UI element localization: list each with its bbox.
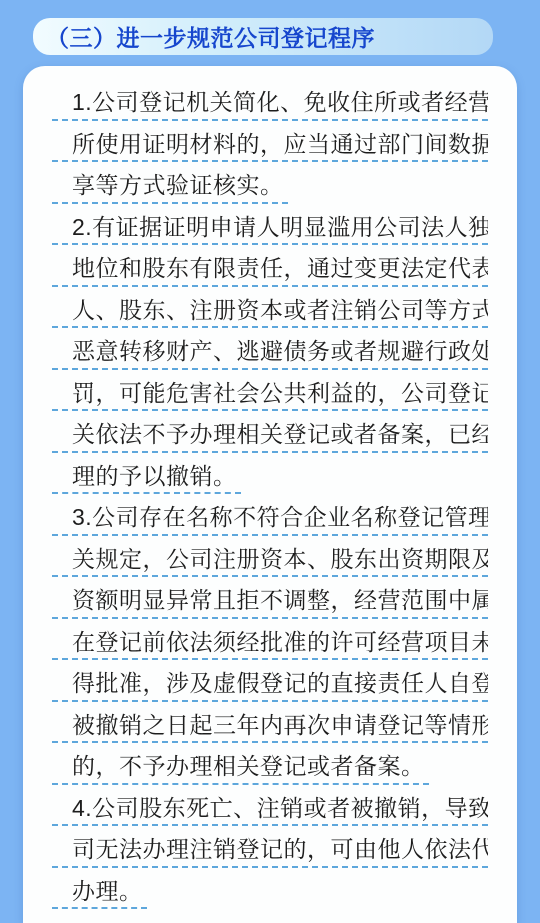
content-card: 1.公司登记机关简化、免收住所或者经营场所使用证明材料的，应当通过部门间数据共享… bbox=[23, 66, 517, 923]
text-line: 资额明显异常且拒不调整，经营范围中属于 bbox=[52, 585, 488, 619]
text-line: 的，不予办理相关登记或者备案。 bbox=[52, 751, 429, 785]
text-line: 所使用证明材料的，应当通过部门间数据共 bbox=[52, 129, 488, 163]
paragraph: 1.公司登记机关简化、免收住所或者经营场所使用证明材料的，应当通过部门间数据共享… bbox=[52, 87, 488, 204]
text-line: 2.有证据证明申请人明显滥用公司法人独立 bbox=[52, 212, 488, 246]
text-line: 理的予以撤销。 bbox=[52, 461, 241, 495]
text-line: 关依法不予办理相关登记或者备案，已经办 bbox=[52, 419, 488, 453]
text-line: 4.公司股东死亡、注销或者被撤销，导致公 bbox=[52, 793, 488, 827]
text-line: 1.公司登记机关简化、免收住所或者经营场 bbox=[52, 87, 488, 121]
text-line: 享等方式验证核实。 bbox=[52, 170, 288, 204]
paragraph: 4.公司股东死亡、注销或者被撤销，导致公司无法办理注销登记的，可由他人依法代为办… bbox=[52, 793, 488, 910]
text-line: 被撤销之日起三年内再次申请登记等情形 bbox=[52, 710, 488, 744]
text-line: 3.公司存在名称不符合企业名称登记管理相 bbox=[52, 502, 488, 536]
text-line: 罚，可能危害社会公共利益的，公司登记机 bbox=[52, 378, 488, 412]
paragraph: 2.有证据证明申请人明显滥用公司法人独立地位和股东有限责任，通过变更法定代表人、… bbox=[52, 212, 488, 495]
text-line: 在登记前依法须经批准的许可经营项目未获 bbox=[52, 627, 488, 661]
section-header-title: （三）进一步规范公司登记程序 bbox=[46, 20, 375, 53]
text-line: 关规定，公司注册资本、股东出资期限及出 bbox=[52, 544, 488, 578]
infographic-page: （三）进一步规范公司登记程序 1.公司登记机关简化、免收住所或者经营场所使用证明… bbox=[0, 0, 540, 923]
text-line: 恶意转移财产、逃避债务或者规避行政处 bbox=[52, 336, 488, 370]
paragraph: 3.公司存在名称不符合企业名称登记管理相关规定，公司注册资本、股东出资期限及出资… bbox=[52, 502, 488, 785]
text-line: 办理。 bbox=[52, 876, 147, 910]
text-line: 得批准，涉及虚假登记的直接责任人自登记 bbox=[52, 668, 488, 702]
text-line: 人、股东、注册资本或者注销公司等方式， bbox=[52, 295, 488, 329]
text-line: 地位和股东有限责任，通过变更法定代表 bbox=[52, 253, 488, 287]
text-line: 司无法办理注销登记的，可由他人依法代为 bbox=[52, 834, 488, 868]
section-header-badge: （三）进一步规范公司登记程序 bbox=[33, 18, 493, 55]
paragraph-list: 1.公司登记机关简化、免收住所或者经营场所使用证明材料的，应当通过部门间数据共享… bbox=[52, 87, 488, 909]
